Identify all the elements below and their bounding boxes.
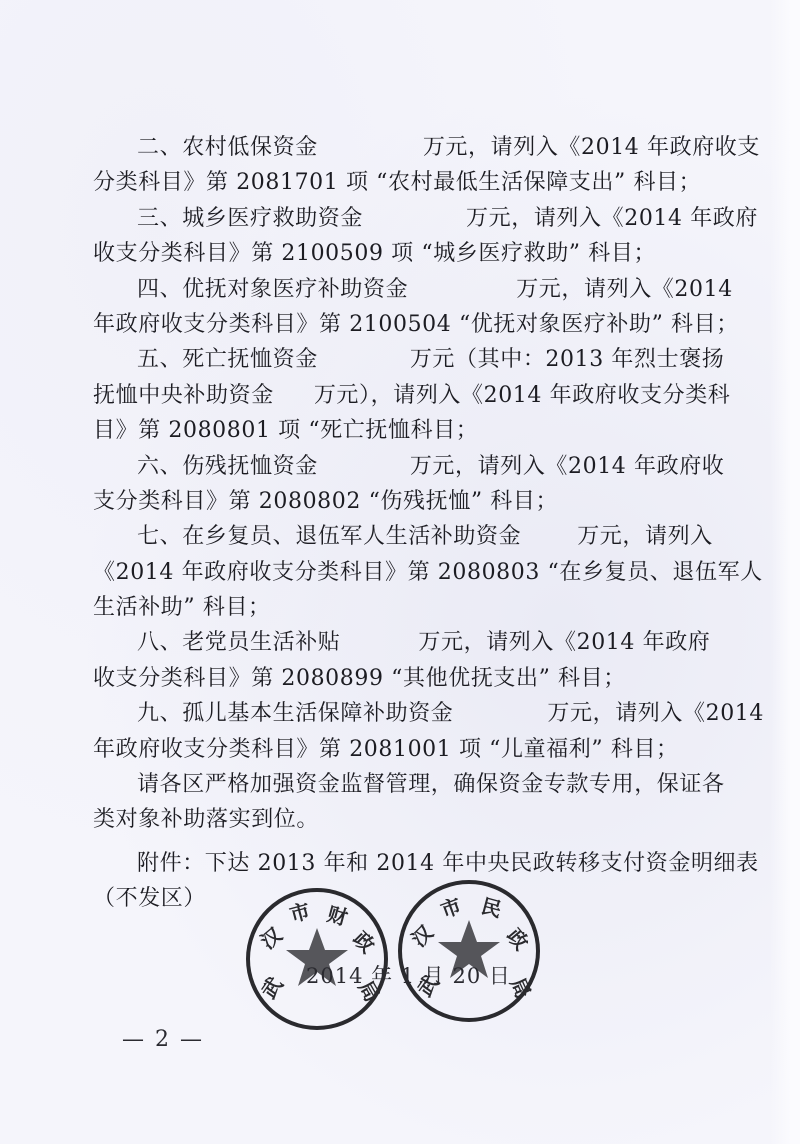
- line-7: 五、死亡抚恤资金万元（其中：2013 年烈士褒扬: [93, 346, 699, 381]
- svg-text:市: 市: [438, 893, 465, 922]
- item-tail: 万元，请列入: [577, 524, 713, 549]
- document-date: 2014 年 1 月 20 日: [306, 960, 511, 990]
- line-4: 收支分类科目》第 2100509 项 “城乡医疗救助” 科目；: [93, 240, 699, 275]
- item-text: 分类科目》第 2081701 项 “农村最低生活保障支出” 科目；: [93, 170, 701, 195]
- svg-text:财: 财: [325, 902, 351, 930]
- line-8: 抚恤中央补助资金万元），请列入《2014 年政府收支分类科: [93, 382, 699, 417]
- line-3: 三、城乡医疗救助资金万元，请列入《2014 年政府: [93, 205, 699, 240]
- svg-text:汉: 汉: [407, 920, 439, 952]
- line-18: 年政府收支分类科目》第 2081001 项 “儿童福利” 科目；: [93, 736, 699, 771]
- seal-finance-bureau: 武 汉 市 财 政 局: [246, 888, 388, 1030]
- item-tail: 万元，请列入《2014: [547, 701, 764, 726]
- line-6: 年政府收支分类科目》第 2100504 “优抚对象医疗补助” 科目；: [93, 311, 699, 346]
- item-tail: 万元，请列入《2014 年政府: [466, 206, 758, 231]
- item-text: 收支分类科目》第 2080899 “其他优抚支出” 科目；: [93, 666, 626, 691]
- item-tail: 万元，请列入《2014 年政府: [418, 630, 710, 655]
- line-1: 二、农村低保资金万元，请列入《2014 年政府收支: [93, 134, 699, 169]
- line-2: 分类科目》第 2081701 项 “农村最低生活保障支出” 科目；: [93, 169, 699, 204]
- item-label: 六、伤残抚恤资金: [137, 454, 318, 479]
- item-label: 七、在乡复员、退伍军人生活补助资金: [137, 524, 521, 549]
- document-body: 二、农村低保资金万元，请列入《2014 年政府收支 分类科目》第 2081701…: [93, 134, 699, 842]
- line-10: 六、伤残抚恤资金万元，请列入《2014 年政府收: [93, 453, 699, 488]
- item-text: 生活补助” 科目；: [93, 595, 271, 620]
- item-tail: 万元，请列入《2014 年政府收支: [423, 135, 760, 160]
- line-9: 目》第 2080801 项 “死亡抚恤科目；: [93, 417, 699, 452]
- item-text: 收支分类科目》第 2100509 项 “城乡医疗救助” 科目；: [93, 241, 656, 266]
- item-text: 《2014 年政府收支分类科目》第 2080803 “在乡复员、退伍军人: [93, 560, 763, 585]
- item-label: 八、老党员生活补贴: [137, 630, 340, 655]
- line-14: 生活补助” 科目；: [93, 594, 699, 629]
- item-tail: 万元（其中：2013 年烈士褒扬: [410, 347, 725, 372]
- scanned-page: 二、农村低保资金万元，请列入《2014 年政府收支 分类科目》第 2081701…: [0, 0, 800, 1144]
- item-label: 抚恤中央补助资金: [93, 383, 274, 408]
- line-12: 七、在乡复员、退伍军人生活补助资金万元，请列入: [93, 523, 699, 558]
- line-11: 支分类科目》第 2080802 “伤残抚恤” 科目；: [93, 488, 699, 523]
- item-label: 二、农村低保资金: [137, 135, 318, 160]
- item-text: 目》第 2080801 项 “死亡抚恤科目；: [93, 418, 478, 443]
- item-tail: 万元，请列入《2014: [516, 277, 733, 302]
- line-17: 九、孤儿基本生活保障补助资金万元，请列入《2014: [93, 700, 699, 735]
- item-text: 年政府收支分类科目》第 2100504 “优抚对象医疗补助” 科目；: [93, 312, 739, 337]
- page-number: — 2 —: [122, 1027, 204, 1052]
- svg-text:武: 武: [256, 973, 287, 1003]
- line-5: 四、优抚对象医疗补助资金万元，请列入《2014: [93, 276, 699, 311]
- line-19: 请各区严格加强资金监督管理，确保资金专款专用，保证各: [93, 771, 699, 806]
- page-edge: [770, 0, 800, 1144]
- item-label: 三、城乡医疗救助资金: [137, 206, 363, 231]
- line-20: 类对象补助落实到位。: [93, 806, 699, 841]
- svg-text:民: 民: [479, 894, 505, 922]
- item-label: 九、孤儿基本生活保障补助资金: [137, 701, 453, 726]
- svg-text:政: 政: [348, 927, 379, 958]
- svg-text:市: 市: [287, 898, 313, 926]
- item-tail: 万元），请列入《2014 年政府收支分类科: [314, 383, 731, 408]
- svg-text:政: 政: [502, 924, 533, 955]
- line-16: 收支分类科目》第 2080899 “其他优抚支出” 科目；: [93, 665, 699, 700]
- item-tail: 万元，请列入《2014 年政府收: [410, 454, 725, 479]
- item-text: 请各区严格加强资金监督管理，确保资金专款专用，保证各: [137, 772, 725, 797]
- line-15: 八、老党员生活补贴万元，请列入《2014 年政府: [93, 629, 699, 664]
- svg-text:汉: 汉: [256, 922, 288, 954]
- seal-civil-affairs-bureau: 武 汉 市 民 政 局: [398, 880, 540, 1022]
- item-text: 类对象补助落实到位。: [93, 807, 319, 832]
- item-label: 五、死亡抚恤资金: [137, 347, 318, 372]
- item-text: 支分类科目》第 2080802 “伤残抚恤” 科目；: [93, 489, 558, 514]
- line-13: 《2014 年政府收支分类科目》第 2080803 “在乡复员、退伍军人: [93, 559, 699, 594]
- seal-star-icon: 武 汉 市 财 政 局: [246, 888, 388, 1030]
- seal-star-icon: 武 汉 市 民 政 局: [398, 880, 540, 1022]
- item-label: 四、优抚对象医疗补助资金: [137, 277, 408, 302]
- item-text: 年政府收支分类科目》第 2081001 项 “儿童福利” 科目；: [93, 737, 679, 762]
